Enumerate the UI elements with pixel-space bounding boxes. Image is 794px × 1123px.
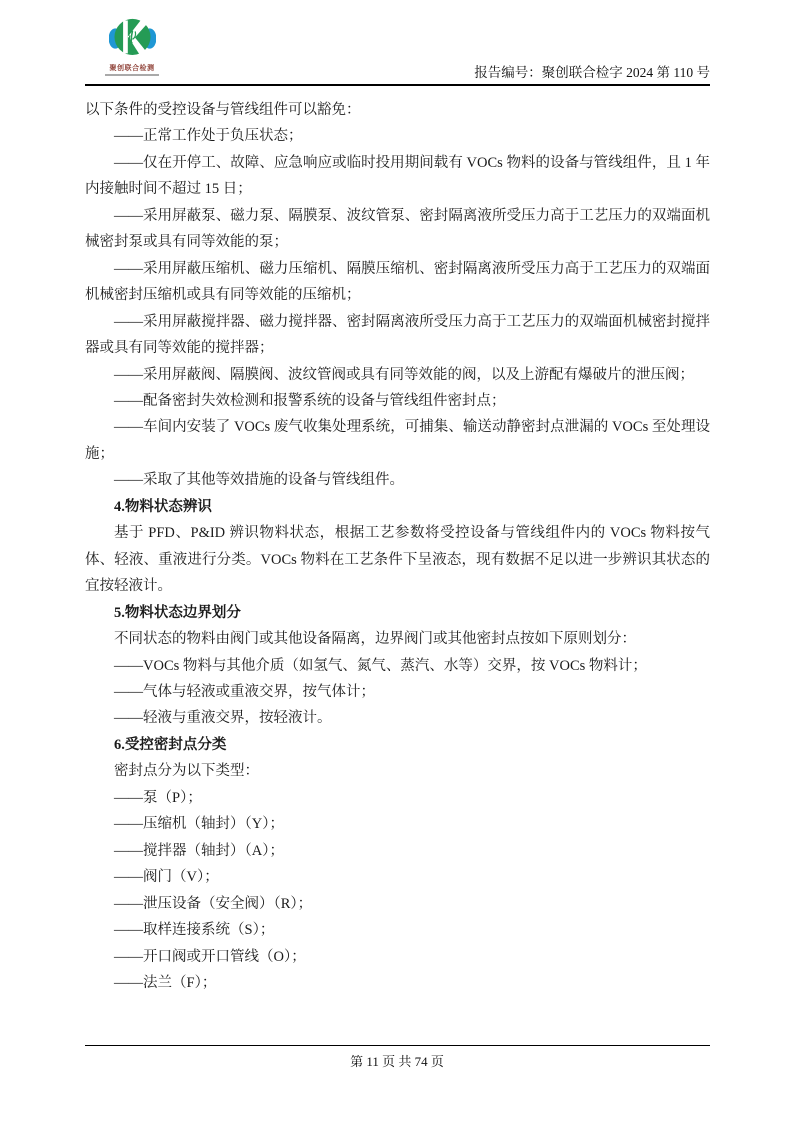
header-divider: [85, 84, 710, 86]
paragraph: ——采用屏蔽阀、隔膜阀、波纹管阀或具有同等效能的阀，以及上游配有爆破片的泄压阀；: [85, 362, 710, 388]
paragraph: ——仅在开停工、故障、应急响应或临时投用期间载有 VOCs 物料的设备与管线组件…: [85, 150, 710, 203]
paragraph: ——取样连接系统（S）；: [85, 917, 710, 943]
company-logo: 聚创联合检测: [100, 15, 164, 76]
paragraph: 以下条件的受控设备与管线组件可以豁免：: [85, 97, 710, 123]
paragraph: ——采用屏蔽搅拌器、磁力搅拌器、密封隔离液所受压力高于工艺压力的双端面机械密封搅…: [85, 309, 710, 362]
document-body: 以下条件的受控设备与管线组件可以豁免：——正常工作处于负压状态；——仅在开停工、…: [85, 97, 710, 996]
paragraph: ——气体与轻液或重液交界，按气体计；: [85, 679, 710, 705]
paragraph: ——正常工作处于负压状态；: [85, 123, 710, 149]
report-number: 报告编号：聚创联合检字 2024 第 110 号: [474, 61, 710, 81]
paragraph: 密封点分为以下类型：: [85, 758, 710, 784]
page-number-label: 第 11 页 共 74 页: [0, 1051, 794, 1070]
paragraph: ——轻液与重液交界，按轻液计。: [85, 705, 710, 731]
document-page: 聚创联合检测 报告编号：聚创联合检字 2024 第 110 号 以下条件的受控设…: [0, 0, 794, 1123]
paragraph: ——VOCs 物料与其他介质（如氢气、氮气、蒸汽、水等）交界，按 VOCs 物料…: [85, 653, 710, 679]
paragraph: ——压缩机（轴封）（Y）；: [85, 811, 710, 837]
paragraph: 基于 PFD、P&ID 辨识物料状态，根据工艺参数将受控设备与管线组件内的 VO…: [85, 520, 710, 599]
paragraph: ——泄压设备（安全阀）（R）；: [85, 891, 710, 917]
paragraph: ——采用屏蔽泵、磁力泵、隔膜泵、波纹管泵、密封隔离液所受压力高于工艺压力的双端面…: [85, 203, 710, 256]
section-heading: 4.物料状态辨识: [85, 494, 710, 520]
paragraph: ——采取了其他等效措施的设备与管线组件。: [85, 467, 710, 493]
paragraph: ——配备密封失效检测和报警系统的设备与管线组件密封点；: [85, 388, 710, 414]
paragraph: ——阀门（V）；: [85, 864, 710, 890]
paragraph: ——泵（P）；: [85, 785, 710, 811]
paragraph: ——车间内安装了 VOCs 废气收集处理系统，可捕集、输送动静密封点泄漏的 VO…: [85, 414, 710, 467]
section-heading: 6.受控密封点分类: [85, 732, 710, 758]
paragraph: ——采用屏蔽压缩机、磁力压缩机、隔膜压缩机、密封隔离液所受压力高于工艺压力的双端…: [85, 256, 710, 309]
paragraph: 不同状态的物料由阀门或其他设备隔离，边界阀门或其他密封点按如下原则划分：: [85, 626, 710, 652]
company-logo-text: 聚创联合检测: [100, 63, 164, 73]
company-logo-icon: [109, 15, 156, 62]
paragraph: ——搅拌器（轴封）（A）；: [85, 838, 710, 864]
paragraph: ——开口阀或开口管线（O）；: [85, 944, 710, 970]
section-heading: 5.物料状态边界划分: [85, 600, 710, 626]
company-logo-subtext-line: [105, 74, 159, 76]
footer-divider: [85, 1045, 710, 1046]
paragraph: ——法兰（F）；: [85, 970, 710, 996]
